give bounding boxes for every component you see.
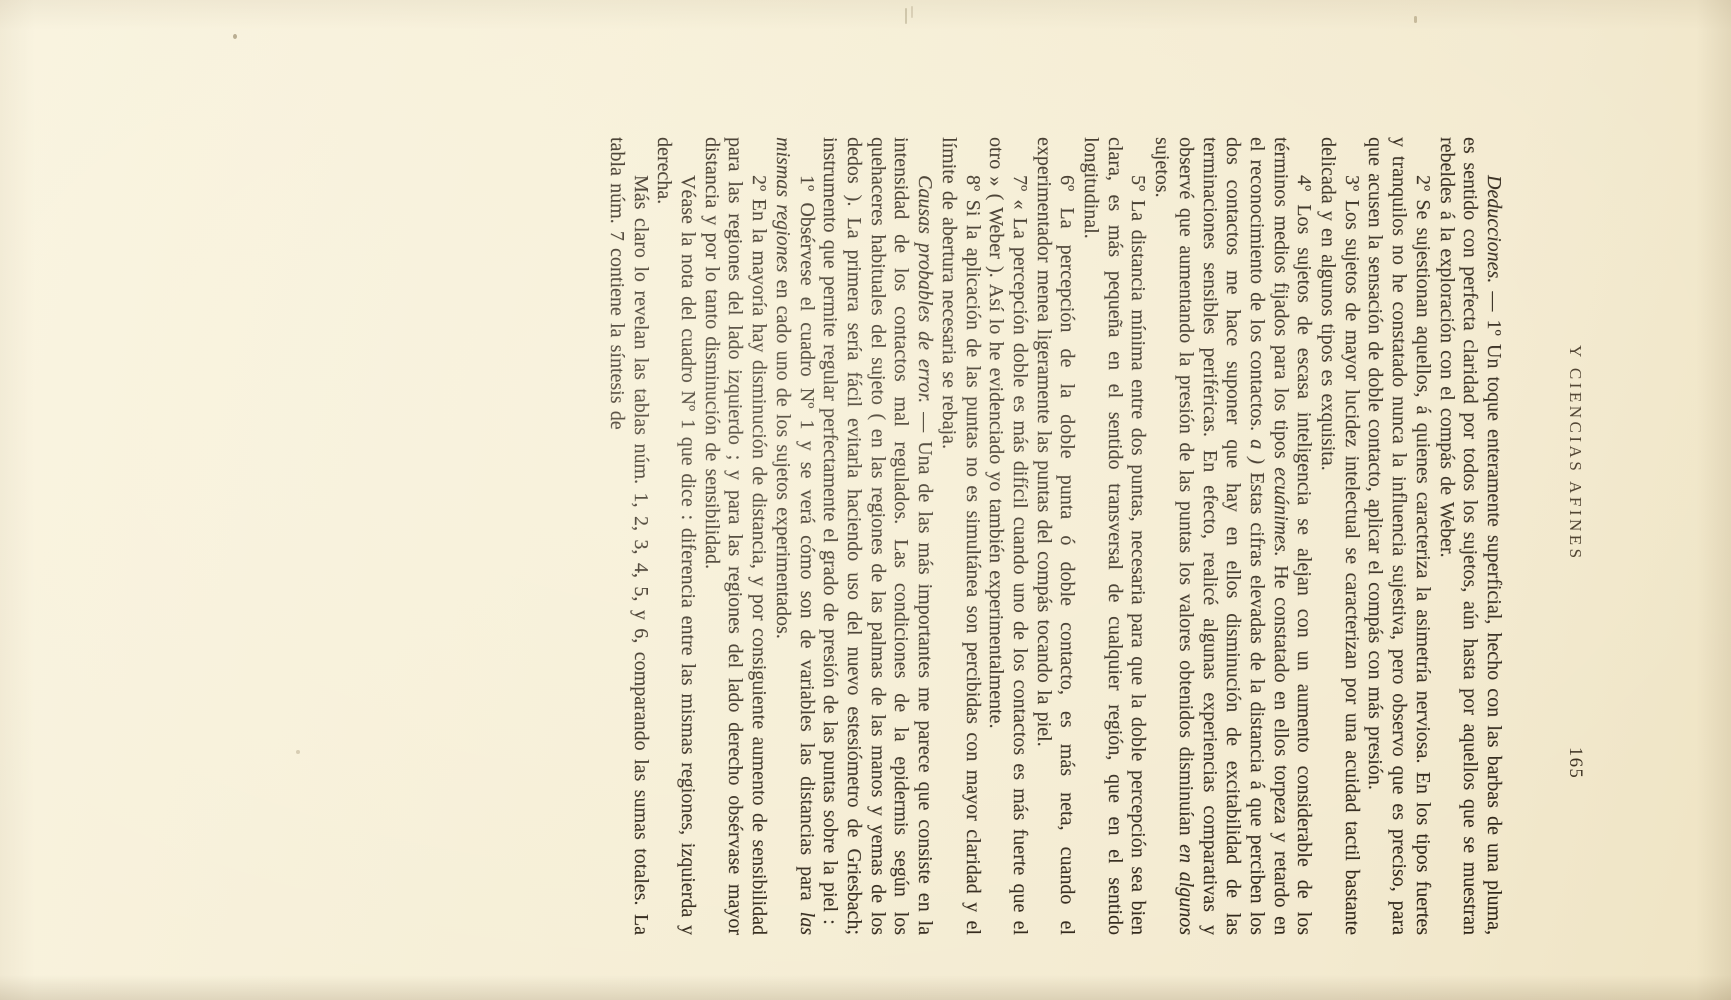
page-number: 165: [1564, 747, 1585, 779]
paragraph: 1º Obsérvese el cuadro Nº 1 y se verá có…: [770, 137, 817, 935]
text-run: Más claro lo revelan las tablas núm. 1, …: [606, 137, 652, 935]
page-scan: Y CIENCIAS AFINES 165 Deducciones. — 1º …: [0, 0, 1731, 1000]
paragraph: Causas probables de error. — Una de las …: [818, 137, 937, 935]
text-run: 3º Los sujetos de mayor lucidez intelect…: [1317, 137, 1363, 935]
paragraph: Véase la nota del cuadro Nº 1 que dice :…: [652, 137, 699, 935]
text-run: en cado uno de los sujetos experimentado…: [772, 272, 794, 638]
text-run: sujetos.: [1151, 137, 1173, 198]
text-run: 5º La distancia mínima entre dos puntas,…: [1080, 137, 1149, 935]
running-header: Y CIENCIAS AFINES 165: [1555, 137, 1585, 937]
paragraph: 3º Los sujetos de mayor lucidez intelect…: [1315, 137, 1362, 935]
body-text: Deducciones. — 1º Un toque enteramente s…: [604, 137, 1505, 935]
text-run: 7º « La percepción doble es más difícil …: [985, 137, 1031, 935]
header-title: Y CIENCIAS AFINES: [1565, 345, 1585, 562]
paragraph: 5º La distancia mínima entre dos puntas,…: [1078, 137, 1149, 935]
text-run: 1º Obsérvese el cuadro Nº 1 y se verá có…: [796, 175, 818, 912]
paragraph: 2º Se sujestionan aquellos, á quienes ca…: [1363, 137, 1434, 935]
scanned-book-page: { "colors": { "paper": "#f5eed6", "ink":…: [0, 0, 1731, 1000]
italic-run: Deducciones.: [1483, 175, 1505, 283]
text-run: 6º La percepción de la doble punta ó dob…: [1033, 137, 1079, 935]
text-run: 8º Si la aplicación de las puntas no es …: [938, 137, 984, 935]
italic-run: Causas probables de error.: [914, 175, 936, 403]
paragraph: 2º En la mayoría hay disminución de dist…: [699, 137, 770, 935]
text-run: 2º En la mayoría hay disminución de dist…: [701, 137, 770, 935]
paragraph: Más claro lo revelan las tablas núm. 1, …: [604, 137, 651, 935]
paper-sheet: Y CIENCIAS AFINES 165 Deducciones. — 1º …: [0, 0, 1731, 1000]
paragraph: Deducciones. — 1º Un toque enteramente s…: [1434, 137, 1505, 935]
paragraph: 8º Si la aplicación de las puntas no es …: [936, 137, 983, 935]
text-run: Véase la nota del cuadro Nº 1 que dice :…: [653, 137, 699, 935]
paragraph: 6º La percepción de la doble punta ó dob…: [1031, 137, 1078, 935]
text-run: 2º Se sujestionan aquellos, á quienes ca…: [1364, 137, 1433, 935]
italic-run: a ): [1246, 439, 1268, 464]
italic-run: en algunos: [1175, 844, 1197, 935]
paragraph: 7º « La percepción doble es más difícil …: [984, 137, 1031, 935]
paragraph: 4º Los sujetos de escasa inteligencia se…: [1149, 137, 1315, 935]
italic-run: ecuánimes.: [1270, 467, 1292, 556]
